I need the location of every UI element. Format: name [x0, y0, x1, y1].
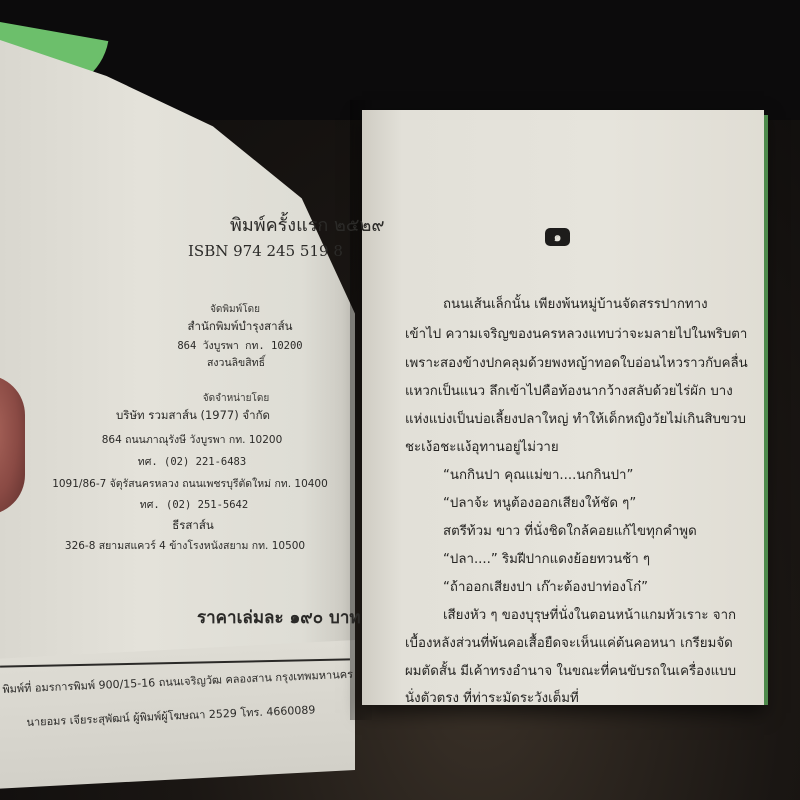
body-line-2: เข้าไป ความเจริญของนครหลวงแทบว่าจะมลายไป… [405, 323, 747, 344]
branch-address: 1091/86-7 จัตุรัสนครหลวง ถนนเพชรบุรีตัดใ… [52, 475, 328, 492]
copyright-notice: สงวนลิขสิทธิ์ [207, 354, 265, 371]
body-line-13: เบื้องหลังส่วนที่พ้นคอเสื้อยืดจะเห็นแค่ต… [405, 632, 733, 653]
body-line-9: สตรีท้วม ขาว ที่นั่งชิดใกล้คอยแก้ไขทุกคำ… [443, 520, 697, 541]
chapter-number-badge: ๑ [545, 228, 570, 246]
publisher-address: 864 วังบูรพา กท. 10200 [177, 337, 302, 354]
distributor-phone: ทศ. (02) 221-6483 [138, 453, 246, 470]
first-printing-label: พิมพ์ครั้งแรก ๒๕๒๙ [230, 210, 385, 239]
price-label: ราคาเล่มละ ๑๙๐ บาท [197, 604, 361, 631]
store-name: ธีรสาส์น [172, 517, 214, 535]
body-line-5: แห่งแบ่งเป็นบ่อเลี้ยงปลาใหญ่ ทำให้เด็กหญ… [405, 408, 746, 429]
body-line-12: เสียงหัว ๆ ของบุรุษที่นั่งในตอนหน้าแกมหั… [443, 604, 736, 625]
body-line-11: “ถ้าออกเสียงปา เก๊าะต้องปาท่องโก๋” [443, 576, 648, 597]
body-line-15: นั่งตัวตรง ที่ท่าระมัดระวังเต็มที่ [405, 687, 579, 708]
store-address: 326-8 สยามสแควร์ 4 ข้างโรงหนังสยาม กท. 1… [65, 537, 305, 554]
body-line-4: แหวกเป็นแนว ลึกเข้าไปคือท้องนากว้างสลับด… [405, 380, 733, 401]
body-line-3: เพราะสองข้างปกคลุมด้วยพงหญ้าทอดใบอ่อนไหว… [405, 352, 748, 373]
body-line-7: “นกกินปา คุณแม่ขา....นกกินปา” [443, 464, 633, 485]
chapter-number: ๑ [554, 228, 562, 247]
published-by-label: จัดพิมพ์โดย [210, 302, 260, 317]
body-line-1: ถนนเส้นเล็กนั้น เพียงพ้นหมู่บ้านจัดสรรปา… [443, 293, 708, 314]
distributed-by-label: จัดจำหน่ายโดย [203, 391, 269, 406]
body-line-14: ผมตัดสั้น มีเค้าทรงอำนาจ ในขณะที่คนขับรถ… [405, 660, 736, 681]
distributor-address: 864 ถนนภาณุรังษี วังบูรพา กท. 10200 [102, 431, 283, 448]
body-line-10: “ปลา....” ริมฝีปากแดงย้อยทวนช้า ๆ [443, 548, 650, 569]
body-line-6: ชะเง้อชะแง้อุทานอยู่ไม่วาย [405, 436, 559, 457]
publisher-name: สำนักพิมพ์บำรุงสาส์น [188, 318, 293, 336]
body-line-8: “ปลาจ้ะ หนูต้องออกเสียงให้ชัด ๆ” [443, 492, 636, 513]
right-cover-edge [764, 115, 768, 705]
distributor-name: บริษัท รวมสาส์น (1977) จำกัด [116, 407, 270, 425]
branch-phone: ทศ. (02) 251-5642 [140, 496, 248, 513]
isbn-number: ISBN 974 245 519 8 [188, 242, 343, 260]
